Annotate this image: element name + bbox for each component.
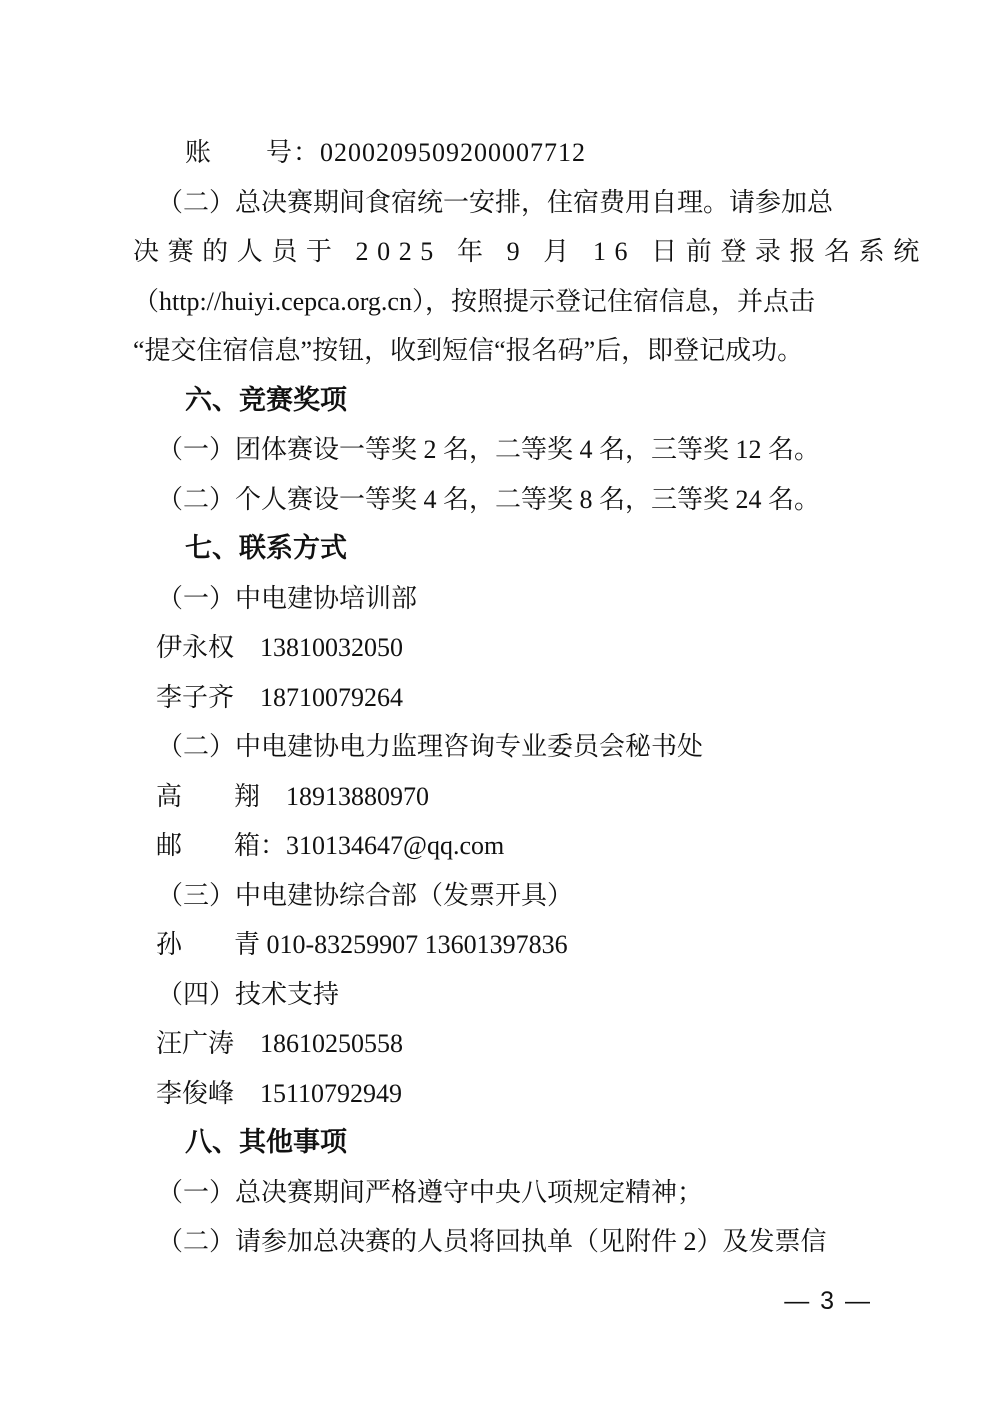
contact-line: 伊永权 13810032050 [133, 623, 875, 673]
section-heading: 八、其他事项 [133, 1118, 875, 1168]
account-number-line: 账 号：0200209509200007712 [133, 128, 875, 178]
paragraph-line: （二）请参加总决赛的人员将回执单（见附件 2）及发票信 [133, 1217, 875, 1267]
paragraph-line: （一）总决赛期间严格遵守中央八项规定精神； [133, 1168, 875, 1218]
paragraph-line: （二）中电建协电力监理咨询专业委员会秘书处 [133, 722, 875, 772]
document-page: 账 号：0200209509200007712（二）总决赛期间食宿统一安排，住宿… [0, 0, 992, 1403]
paragraph-line: （一）中电建协培训部 [133, 574, 875, 624]
paragraph-continuation-line: “提交住宿信息”按钮，收到短信“报名码”后，即登记成功。 [133, 326, 875, 376]
document-content: 账 号：0200209509200007712（二）总决赛期间食宿统一安排，住宿… [133, 128, 875, 1267]
paragraph-line: （二）总决赛期间食宿统一安排，住宿费用自理。请参加总 [133, 178, 875, 228]
contact-line: 李俊峰 15110792949 [133, 1069, 875, 1119]
section-heading: 六、竞赛奖项 [133, 376, 875, 426]
contact-line: 高 翔 18913880970 [133, 772, 875, 822]
contact-line: 孙 青 010-83259907 13601397836 [133, 920, 875, 970]
contact-line: 李子齐 18710079264 [133, 673, 875, 723]
section-heading: 七、联系方式 [133, 524, 875, 574]
paragraph-line: （二）个人赛设一等奖 4 名，二等奖 8 名，三等奖 24 名。 [133, 475, 875, 525]
contact-line: 汪广涛 18610250558 [133, 1019, 875, 1069]
paragraph-continuation-line: 决赛的人员于 2025 年 9 月 16 日前登录报名系统 [133, 227, 875, 277]
paragraph-line: （三）中电建协综合部（发票开具） [133, 871, 875, 921]
paragraph-continuation-line: （http://huiyi.cepca.org.cn），按照提示登记住宿信息，并… [133, 277, 875, 327]
paragraph-line: （一）团体赛设一等奖 2 名，二等奖 4 名，三等奖 12 名。 [133, 425, 875, 475]
page-number: — 3 — [784, 1286, 872, 1316]
contact-line: 邮 箱：310134647@qq.com [133, 821, 875, 871]
paragraph-line: （四）技术支持 [133, 970, 875, 1020]
